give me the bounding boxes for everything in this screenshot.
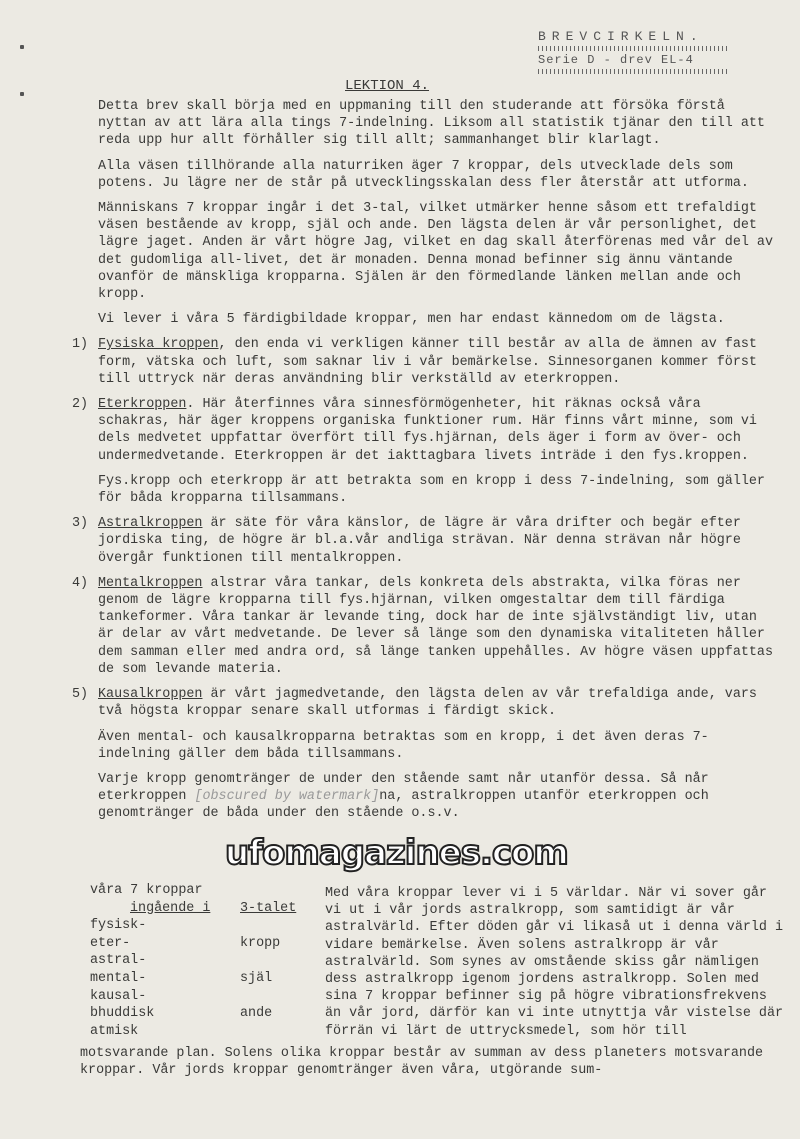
paragraph: Detta brev skall börja med en uppmaning …: [98, 98, 778, 150]
item-term: Kausalkroppen: [98, 687, 202, 702]
item-term: Eterkroppen: [98, 397, 186, 412]
table-row: kausal-: [90, 988, 320, 1006]
note: Även mental- och kausalkropparna betrakt…: [98, 729, 778, 763]
numbered-item: 3)Astralkroppen är säte för våra känslor…: [98, 515, 778, 567]
note: Fys.kropp och eterkropp är att betrakta …: [98, 473, 778, 507]
body-name: bhuddisk: [90, 1005, 240, 1023]
item-number: 4): [72, 575, 88, 592]
group-name: ande: [240, 1005, 272, 1023]
letterhead-brand: BREVCIRKELN.: [538, 30, 728, 44]
body-division-table: våra 7 kroppar ingående i3-talet fysisk-…: [90, 882, 320, 1040]
document-body: Detta brev skall börja med en uppmaning …: [98, 98, 778, 831]
numbered-item: 2)Eterkroppen. Här återfinnes våra sinne…: [98, 396, 778, 465]
table-header: ingående i: [90, 900, 240, 918]
table-header: våra 7 kroppar: [90, 882, 320, 900]
body-name: fysisk-: [90, 917, 240, 935]
right-column-text: Med våra kroppar lever vi i 5 världar. N…: [325, 885, 785, 1040]
item-text: . Här återfinnes våra sinnesförmögenhete…: [98, 397, 765, 464]
body-name: atmisk: [90, 1023, 240, 1041]
letterhead-rule: [538, 46, 728, 51]
group-name: kropp: [240, 935, 280, 953]
table-header-row: ingående i3-talet: [90, 900, 320, 918]
item-term: Fysiska kroppen: [98, 337, 219, 352]
table-row: atmisk: [90, 1023, 320, 1041]
paragraph: Människans 7 kroppar ingår i det 3-tal, …: [98, 200, 778, 303]
paragraph: Vi lever i våra 5 färdigbildade kroppar,…: [98, 311, 778, 328]
item-text: alstrar våra tankar, dels konkreta dels …: [98, 576, 781, 677]
item-number: 3): [72, 515, 88, 532]
letterhead: BREVCIRKELN. Serie D - drev EL-4: [538, 30, 728, 76]
punch-hole-mark: [20, 92, 24, 96]
body-name: mental-: [90, 970, 240, 988]
table-row: astral-: [90, 952, 320, 970]
document-page: BREVCIRKELN. Serie D - drev EL-4 LEKTION…: [0, 0, 800, 1139]
letterhead-rule: [538, 69, 728, 74]
numbered-item: 4)Mentalkroppen alstrar våra tankar, del…: [98, 575, 778, 678]
body-name: eter-: [90, 935, 240, 953]
numbered-item: 5)Kausalkroppen är vårt jagmedvetande, d…: [98, 686, 778, 720]
table-row: bhuddiskande: [90, 1005, 320, 1023]
punch-hole-mark: [20, 45, 24, 49]
item-number: 5): [72, 686, 88, 703]
table-row: eter-kropp: [90, 935, 320, 953]
table-row: fysisk-: [90, 917, 320, 935]
item-term: Astralkroppen: [98, 516, 202, 531]
table-header: 3-talet: [240, 900, 296, 918]
numbered-item: 1)Fysiska kroppen, den enda vi verkligen…: [98, 336, 778, 388]
item-number: 1): [72, 336, 88, 353]
body-name: kausal-: [90, 988, 240, 1006]
letterhead-series: Serie D - drev EL-4: [538, 53, 728, 67]
note-partially-obscured: Varje kropp genomtränger de under den st…: [98, 771, 778, 823]
table-row: mental-själ: [90, 970, 320, 988]
lesson-title: LEKTION 4.: [345, 78, 429, 94]
body-name: astral-: [90, 952, 240, 970]
item-term: Mentalkroppen: [98, 576, 202, 591]
item-number: 2): [72, 396, 88, 413]
group-name: själ: [240, 970, 272, 988]
paragraph: Alla väsen tillhörande alla naturriken ä…: [98, 158, 778, 192]
closing-text: motsvarande plan. Solens olika kroppar b…: [80, 1045, 780, 1079]
obscured-text-marker: [obscured by watermark]: [194, 789, 379, 804]
watermark-overlay: ufomagazines.com: [225, 833, 568, 873]
